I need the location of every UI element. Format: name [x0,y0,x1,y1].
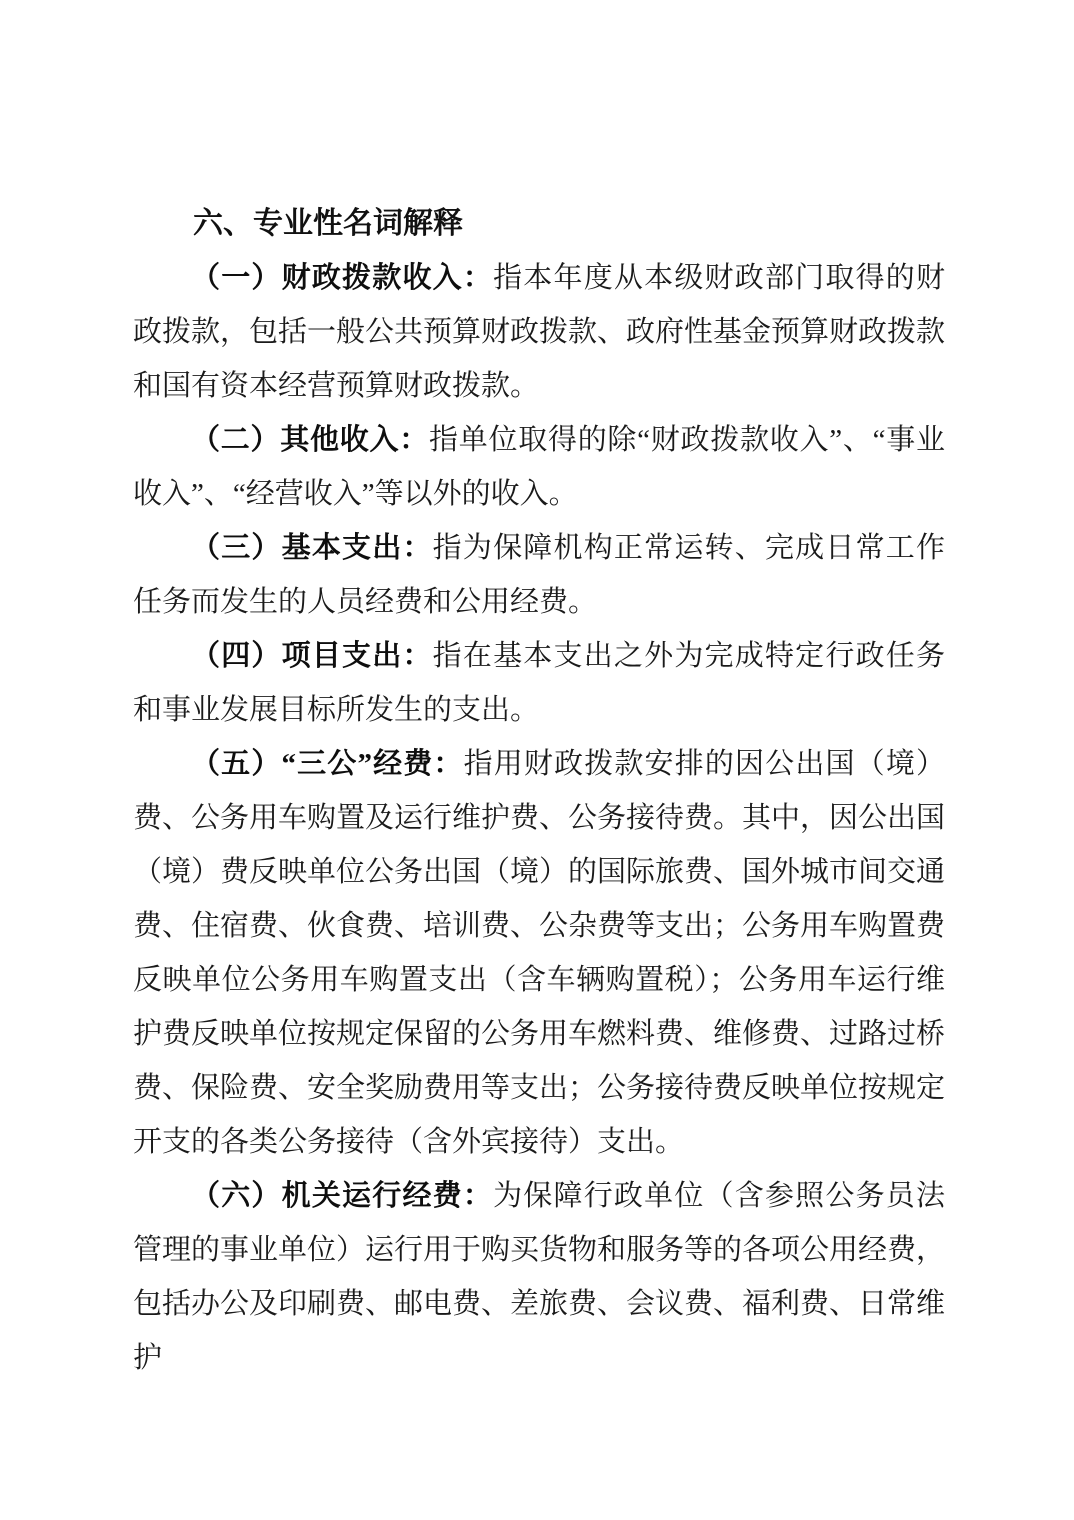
paragraph-basic-expenditure: （三）基本支出：指为保障机构正常运转、完成日常工作任务而发生的人员经费和公用经费… [133,521,945,629]
term-label: （四）项目支出： [191,640,433,672]
term-label: （五）“三公”经费： [191,748,464,780]
term-definition: 指用财政拨款安排的因公出国（境）费、公务用车购置及运行维护费、公务接待费。其中，… [133,748,945,1158]
term-label: （一）财政拨款收入： [191,262,493,294]
term-label: （三）基本支出： [191,532,433,564]
term-label: （二）其他收入： [191,424,429,456]
document-content: 六、专业性名词解释 （一）财政拨款收入：指本年度从本级财政部门取得的财政拨款，包… [133,197,945,1385]
paragraph-other-income: （二）其他收入：指单位取得的除“财政拨款收入”、“事业收入”、“经营收入”等以外… [133,413,945,521]
section-heading: 六、专业性名词解释 [133,197,945,251]
term-label: （六）机关运行经费： [191,1180,493,1212]
document-page: 六、专业性名词解释 （一）财政拨款收入：指本年度从本级财政部门取得的财政拨款，包… [0,0,1074,1520]
paragraph-three-public-funds: （五）“三公”经费：指用财政拨款安排的因公出国（境）费、公务用车购置及运行维护费… [133,737,945,1169]
paragraph-project-expenditure: （四）项目支出：指在基本支出之外为完成特定行政任务和事业发展目标所发生的支出。 [133,629,945,737]
paragraph-agency-operating-funds: （六）机关运行经费：为保障行政单位（含参照公务员法管理的事业单位）运行用于购买货… [133,1169,945,1385]
paragraph-fiscal-appropriation-income: （一）财政拨款收入：指本年度从本级财政部门取得的财政拨款，包括一般公共预算财政拨… [133,251,945,413]
